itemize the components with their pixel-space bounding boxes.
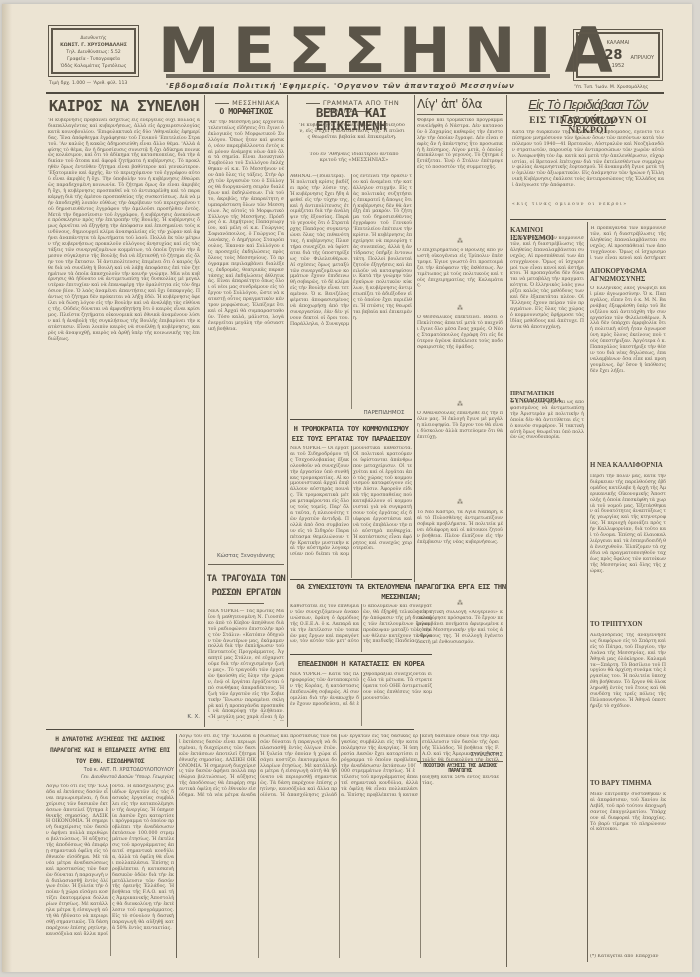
headline-kairos: ΚΑΙΡΟΣ ΝΑ ΣΥΝΕΛΘΗ	[48, 98, 200, 114]
price-line: Τιμὴ δρχ. 1.000 — 'Αριθ. φύλ. 113	[49, 80, 141, 87]
headline-triptyho: ΤΟ ΤΡΙΠΤΥΧΟΝ	[590, 621, 666, 628]
article-pragmatiki-body: Ὁ κ. Βενιζέλος φέρεται ὡς ἀποφασισμένος …	[510, 400, 584, 765]
vary-timima-footnote: (*) Κατάγεται ἀπὸ Ἐπαρχίαν	[590, 954, 666, 961]
grammata-deck: 'Η κυβέρνησις ἀντιμετωπίζει τὸ ἀδιέξοδον…	[298, 123, 406, 143]
divider	[417, 114, 503, 115]
offices-line: Γραφεῖα - Τυπογραφεῖα	[53, 56, 134, 63]
divider	[228, 603, 264, 604]
headline-vary-timima: ΤΟ ΒΑΡΥ ΤΙΜΗΜΑ	[590, 780, 666, 787]
column-rule	[414, 95, 415, 582]
newspaper-page: Διευθυντής ΚΩΝΣΤ. Γ. ΧΡΥΣΟΜΑΛΛΗΣ Τηλ. Δι…	[2, 4, 692, 972]
headline-morfotikos: Ο ΜΟΡΦΩΤΙΚΟΣ	[206, 107, 286, 116]
director-phone: Τηλ. Διευθύνσεως: 5.52	[53, 49, 134, 56]
article-kairos-body: 'Η κυβέρνησις προβαίνει ἀσχέτως εἰς ἐνερ…	[48, 118, 200, 714]
article-triptyho-body: Ἀλεξανδρείας τῆς ἀναγέννησεως διαφόρων ε…	[590, 633, 666, 775]
date-year: 1952	[578, 63, 658, 70]
article-apokorifoma-body: Ὁ Ἑλληνικὸς λαὸς γνωρίζει καὶ μίαν ἀγνωμ…	[590, 286, 666, 456]
article-kaminoi-body: Ἡ προπαγάνδα τῶν κομμουνιστῶν, καὶ ἡ δια…	[510, 236, 584, 386]
address-line: Ὁδὸς Καλαμάτας Τριπόλεως	[53, 63, 134, 70]
headline-tromokratia: Η ΤΡΟΜΟΚΡΑΤΙΑ ΤΟΥ ΚΟΜΜΟΥΝΙΣΜΟΥ ΕΙΣ ΤΟΥΣ …	[290, 424, 412, 444]
director-box: Διευθυντής ΚΩΝΣΤ. Γ. ΧΡΥΣΟΜΑΛΛΗΣ Τηλ. Δι…	[51, 28, 136, 74]
lig-item: Ο ἐπιχειρηματίας ὁ Βρούλης ἀπὸ γνωστὴ οἰ…	[417, 248, 503, 302]
lig-item: Ο Θεσσαλικὸς ἐπεκτείνει. Βάσει ὁ Πεκλίτσ…	[417, 315, 503, 377]
divider	[290, 654, 432, 655]
headline-lig-ap-ola: Λίγ' ἀπ' ὅλα	[417, 97, 503, 111]
column-rule	[587, 222, 588, 962]
article-tragoudia-body: ΝΕΑ ΥΟΡΚΗ.— Τὰς πρώτας Μαΐου ἡ μαθητευομ…	[208, 609, 284, 721]
column-rule	[204, 95, 205, 727]
column-rule	[287, 95, 288, 727]
article-continuation: Ἡ προπαγάνδα τῶν κομμουνιστῶν, καὶ ἡ δια…	[590, 226, 666, 260]
headline-poiotiki: ΠΟΙΟΤΙΚΗ ΑΥΞΗΣΙΣ ΤΗΣ ΔΑΣΙΚΗΣ ΠΑΡΑΓΩΓΗΣ	[415, 764, 505, 775]
column-rule	[176, 734, 177, 958]
divider	[46, 729, 414, 730]
masthead-rule	[166, 74, 550, 78]
article-tromokratia-body: ΝΕΑ ΥΟΡΚΗ.— Οἱ ἐργάται τοῦ Σιδηροδρόμου …	[290, 446, 412, 578]
lig-item: Ο Ἀθανασούλας ἐπανῆλθε εἰς τὴν πόλιν μας…	[417, 411, 503, 495]
signature-kairos: Κ. Χ.	[48, 714, 200, 720]
date-box: ΚΑΛΑΜΑΙ ΤΡΙΤΗ 28 ΑΠΡΙΛΙΟΥ 1952	[576, 32, 660, 78]
masthead-bottom-rule	[46, 92, 664, 94]
headline-apokorifoma: ΑΠΟΚΟΡΥΦΩΜΑ ΑΓΝΩΜΟΣΥΝΗΣ	[590, 268, 666, 284]
separator-icon: ⁂	[417, 499, 503, 506]
date-line: ΤΡΙΤΗ 28 ΑΠΡΙΛΙΟΥ	[578, 47, 658, 63]
article-korea-body: ΝΕΑ ΥΟΡΚΗ.— Κατὰ τὰς πληροφορίας τῶν ἀντ…	[290, 672, 432, 726]
lig-ap-ola-list: Φοβερὸ καὶ τρομακτικὸ πρόγραμμα συνελήφθ…	[417, 118, 503, 706]
article-vevaia-body: ΑΘΗΝΑΙ.—(Ἰδιαιτέρα). Ἡ πολιτικὴ κρίσις β…	[290, 174, 412, 409]
article-morfotikos-body: 'Απ' τὴν Μεσσήνη μας ἔρχονται τελευταίως…	[208, 120, 284, 552]
editor-line: 'Υπ. Τυπ. 'Ιωάν. Μ. Χρυσομάλλης	[574, 84, 666, 91]
byline-title: Γεν. Διευθυντοῦ Δασῶν 'Υπουρ. Γεωργίας	[46, 775, 174, 780]
byline-christodoulopoulos: Τοῦ κ. ΑΝΤ. Π. ΧΡΙΣΤΟΔΟΥΛΟΠΟΥΛΟΥ	[46, 768, 174, 773]
divider	[510, 219, 666, 220]
article-vary-timima-body: Μίαν ἐπιτροπὴν συστάθηκαν καὶ ἀπεφάσισαν…	[590, 792, 666, 952]
lig-item: Η ποιητικὴ συλλογὴ «Αὐγερινοὶ» κυκλοφόρη…	[417, 610, 503, 706]
article-synexistoun-body: Καθίσταται εἰς τὸν ἐπιθυμίαν τῶν συνεχιζ…	[290, 604, 432, 652]
divider	[417, 761, 503, 762]
article-dynatotis-body: Λόγῳ τοῦ ὅτι εἰς τὴν 'Ελλάδα αἱ ἐκτάσεις…	[46, 784, 174, 956]
divider	[208, 564, 284, 565]
grammata-byline: Τοῦ ἐν 'Αθήναις ἰδιαιτέρου ἀνταποκριτοῦ …	[308, 152, 400, 168]
article-nekroi-body: Κατὰ τὴν διάρκειαν τῆς παρελθούσης ἑβδομ…	[512, 130, 664, 202]
article-nekroi-spaced: «Εἰς τίνας ὁμιλοῦν οἱ νεκροί»	[512, 202, 664, 216]
separator-icon: ⁂	[417, 401, 503, 408]
signature-parepidimos: ΠΑΡΕΠΙΔΗΜΟΣ	[354, 410, 414, 416]
column-rule	[506, 95, 507, 967]
headline-tragoudia: ΤΑ ΤΡΑΓΟΥΔΙΑ ΤΩΝ ΡΩΣΣΩΝ ΕΡΓΑΤΩΝ	[206, 572, 286, 600]
lig-item: Τὸ Νέο Κάστρο, τὰ Ἁγια Νάπαρη, καὶ τὸ Πυ…	[417, 510, 503, 588]
separator-icon: ⁂	[417, 600, 503, 607]
headline-dynatotis: Η ΔΥΝΑΤΟΤΗΣ ΑΥΞΗΣΕΩΣ ΤΗΣ ΔΑΣΙΚΗΣ ΠΑΡΑΓΩΓ…	[46, 734, 174, 767]
separator-icon: ⁂	[417, 305, 503, 312]
headline-kalliforni: Η ΝΕΑ ΚΑΛΛΙΦΟΡΝΙΑ	[590, 462, 666, 469]
lig-item: Φοβερὸ καὶ τρομακτικὸ πρόγραμμα συνελήφθ…	[417, 118, 503, 216]
director-name: ΚΩΝΣΤ. Γ. ΧΡΥΣΟΜΑΛΛΗΣ	[53, 42, 134, 49]
masthead-subtitle: 'Εβδομαδιαία Πολιτική 'Εφημερίς. 'Οργανο…	[166, 81, 550, 90]
article-kalliforni-body: Πέρσι τὴν πόλιν μας, κατὰ τὴν διάρκειαν …	[590, 474, 666, 619]
date-number: 28	[604, 48, 622, 63]
director-label: Διευθυντής	[53, 35, 134, 42]
headline-korea: ΕΠΕΔΕΙΝΩΘΗ Η ΚΑΤΑΣΤΑΣΙΣ ΕΝ ΚΟΡΕΑ	[290, 660, 432, 668]
divider	[290, 419, 412, 420]
masthead-title: ΜΕΣΣΗΝΙΑ	[158, 20, 558, 82]
signature-morfotikos: Κώστας Ξενογιάννης	[208, 553, 284, 559]
date-city: ΚΑΛΑΜΑΙ	[578, 40, 658, 47]
separator-icon: ⁂	[417, 238, 503, 245]
divider	[290, 579, 412, 580]
